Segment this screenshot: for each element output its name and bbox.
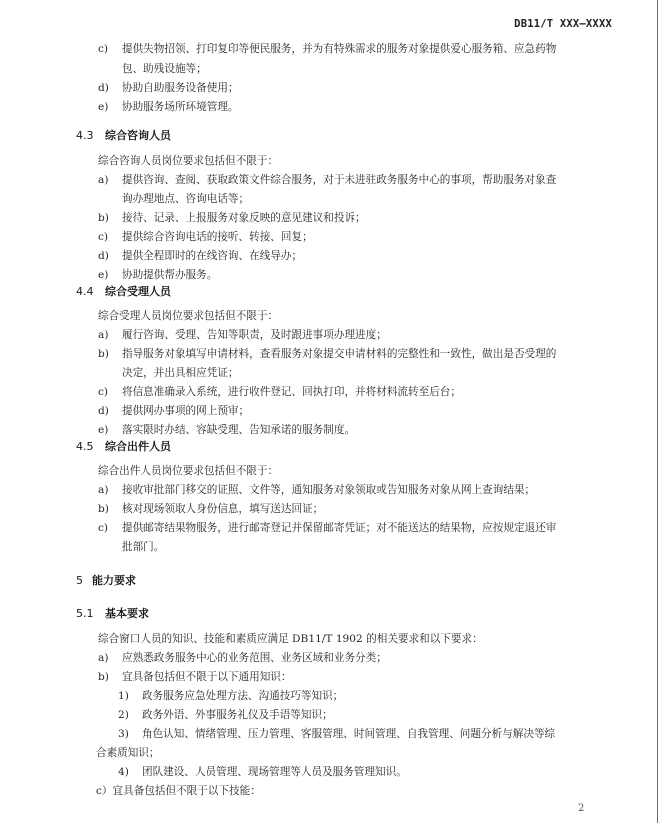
section-intro: 综合咨询人员岗位要求包括但不限于： (98, 154, 278, 168)
sublist-item-text: 政务外语、外事服务礼仪及手语等知识； (142, 708, 333, 722)
section-number: 5.1 (76, 607, 105, 620)
list-item-text: 核对现场领取人身份信息，填写送达回证； (122, 502, 323, 516)
list-label: c) (98, 385, 108, 399)
section-heading-4-5: 4.5综合出件人员 (76, 438, 171, 454)
chapter-title: 能力要求 (92, 574, 136, 587)
list-item-text: 应熟悉政务服务中心的业务范围、业务区域和业务分类； (122, 651, 387, 665)
list-item-text: 接待、记录、上报服务对象反映的意见建议和投诉； (122, 211, 366, 225)
list-item-text: 接收审批部门移交的证照、文件等，通知服务对象领取或告知服务对象从网上查询结果； (122, 483, 535, 497)
list-item-text: 宜具备包括但不限于以下通用知识： (122, 670, 292, 684)
sublist-label: 3) (118, 727, 129, 741)
list-label: d) (98, 404, 109, 418)
list-label: e) (98, 100, 108, 114)
list-item-text: 提供综合咨询电话的接听、转接、回复； (122, 230, 313, 244)
chapter-heading-5: 5能力要求 (76, 572, 136, 588)
section-heading-5-1: 5.1基本要求 (76, 605, 149, 621)
chapter-number: 5 (76, 574, 92, 587)
list-item-text: 将信息准确录入系统，进行收件登记、回执打印，并将材料流转至后台； (122, 385, 461, 399)
section-title: 综合受理人员 (105, 285, 171, 298)
list-label: c) (98, 42, 108, 56)
list-label: a) (98, 173, 108, 187)
list-label: b) (98, 211, 109, 225)
list-item-text: 提供全程即时的在线咨询、在线导办； (122, 249, 302, 263)
sublist-item-text: 团队建设、人员管理、现场管理等人员及服务管理知识。 (142, 765, 407, 779)
section-intro: 综合出件人员岗位要求包括但不限于： (98, 464, 278, 478)
sublist-item-text: 政务服务应急处理方法、沟通技巧等知识； (142, 689, 343, 703)
list-item-text: 提供网办事项的网上预审； (122, 404, 249, 418)
list-label: b) (98, 347, 109, 361)
list-label: e) (98, 423, 108, 437)
section-intro: 综合窗口人员的知识、技能和素质应满足 DB11/T 1902 的相关要求和以下要… (98, 632, 483, 646)
list-label: b) (98, 502, 109, 516)
list-label: d) (98, 249, 109, 263)
section-title: 综合咨询人员 (105, 129, 171, 142)
section-number: 4.5 (76, 440, 105, 453)
list-item-text: 询办理地点、咨询电话等； (122, 192, 249, 206)
list-item-text: 包、助残设施等； (122, 62, 207, 76)
list-item-text: 协助自助服务设备使用； (122, 81, 239, 95)
list-item-text: 批部门。 (122, 540, 164, 554)
document-code-header: DB11/T XXX—XXXX (514, 18, 612, 30)
list-label: a) (98, 328, 108, 342)
sublist-label: 4) (118, 765, 129, 779)
list-label: d) (98, 81, 109, 95)
list-label: a) (98, 651, 108, 665)
list-item-text: c）宜具备包括但不限于以下技能： (96, 784, 261, 798)
sublist-item-continuation: 合素质知识； (96, 746, 160, 760)
sublist-item-text: 角色认知、情绪管理、压力管理、客服管理、时间管理、自我管理、问题分析与解决等综 (142, 727, 555, 741)
list-label: e) (98, 268, 108, 282)
list-label: a) (98, 483, 108, 497)
page-edge-divider (657, 0, 658, 823)
list-item-text: 履行咨询、受理、告知等职责，及时跟进事项办理进度； (122, 328, 387, 342)
section-heading-4-3: 4.3综合咨询人员 (76, 127, 171, 143)
page-number: 2 (578, 803, 584, 814)
list-item-text: 提供咨询、查阅、获取政策文件综合服务，对于未进驻政务服务中心的事项，帮助服务对象… (122, 173, 556, 187)
list-label: c) (98, 230, 108, 244)
list-item-text: 提供邮寄结果物服务，进行邮寄登记并保留邮寄凭证；对不能送达的结果物，应按规定退还… (122, 521, 556, 535)
list-item-text: 提供失物招领、打印复印等便民服务，并为有特殊需求的服务对象提供爱心服务箱、应急药… (122, 42, 556, 56)
list-item-text: 协助提供帮办服务。 (122, 268, 217, 282)
list-item-text: 协助服务场所环境管理。 (122, 100, 239, 114)
section-title: 综合出件人员 (105, 440, 171, 453)
list-label: c) (98, 521, 108, 535)
section-heading-4-4: 4.4综合受理人员 (76, 283, 171, 299)
section-title: 基本要求 (105, 607, 149, 620)
section-number: 4.4 (76, 285, 105, 298)
list-label: b) (98, 670, 109, 684)
list-item-text: 指导服务对象填写申请材料，查看服务对象提交申请材料的完整性和一致性，做出是否受理… (122, 347, 556, 361)
list-item-text: 决定，并出具相应凭证； (122, 366, 239, 380)
section-number: 4.3 (76, 129, 105, 142)
section-intro: 综合受理人员岗位要求包括但不限于： (98, 309, 278, 323)
sublist-label: 2) (118, 708, 129, 722)
list-item-text: 落实限时办结、容缺受理、告知承诺的服务制度。 (122, 423, 355, 437)
sublist-label: 1) (118, 689, 129, 703)
